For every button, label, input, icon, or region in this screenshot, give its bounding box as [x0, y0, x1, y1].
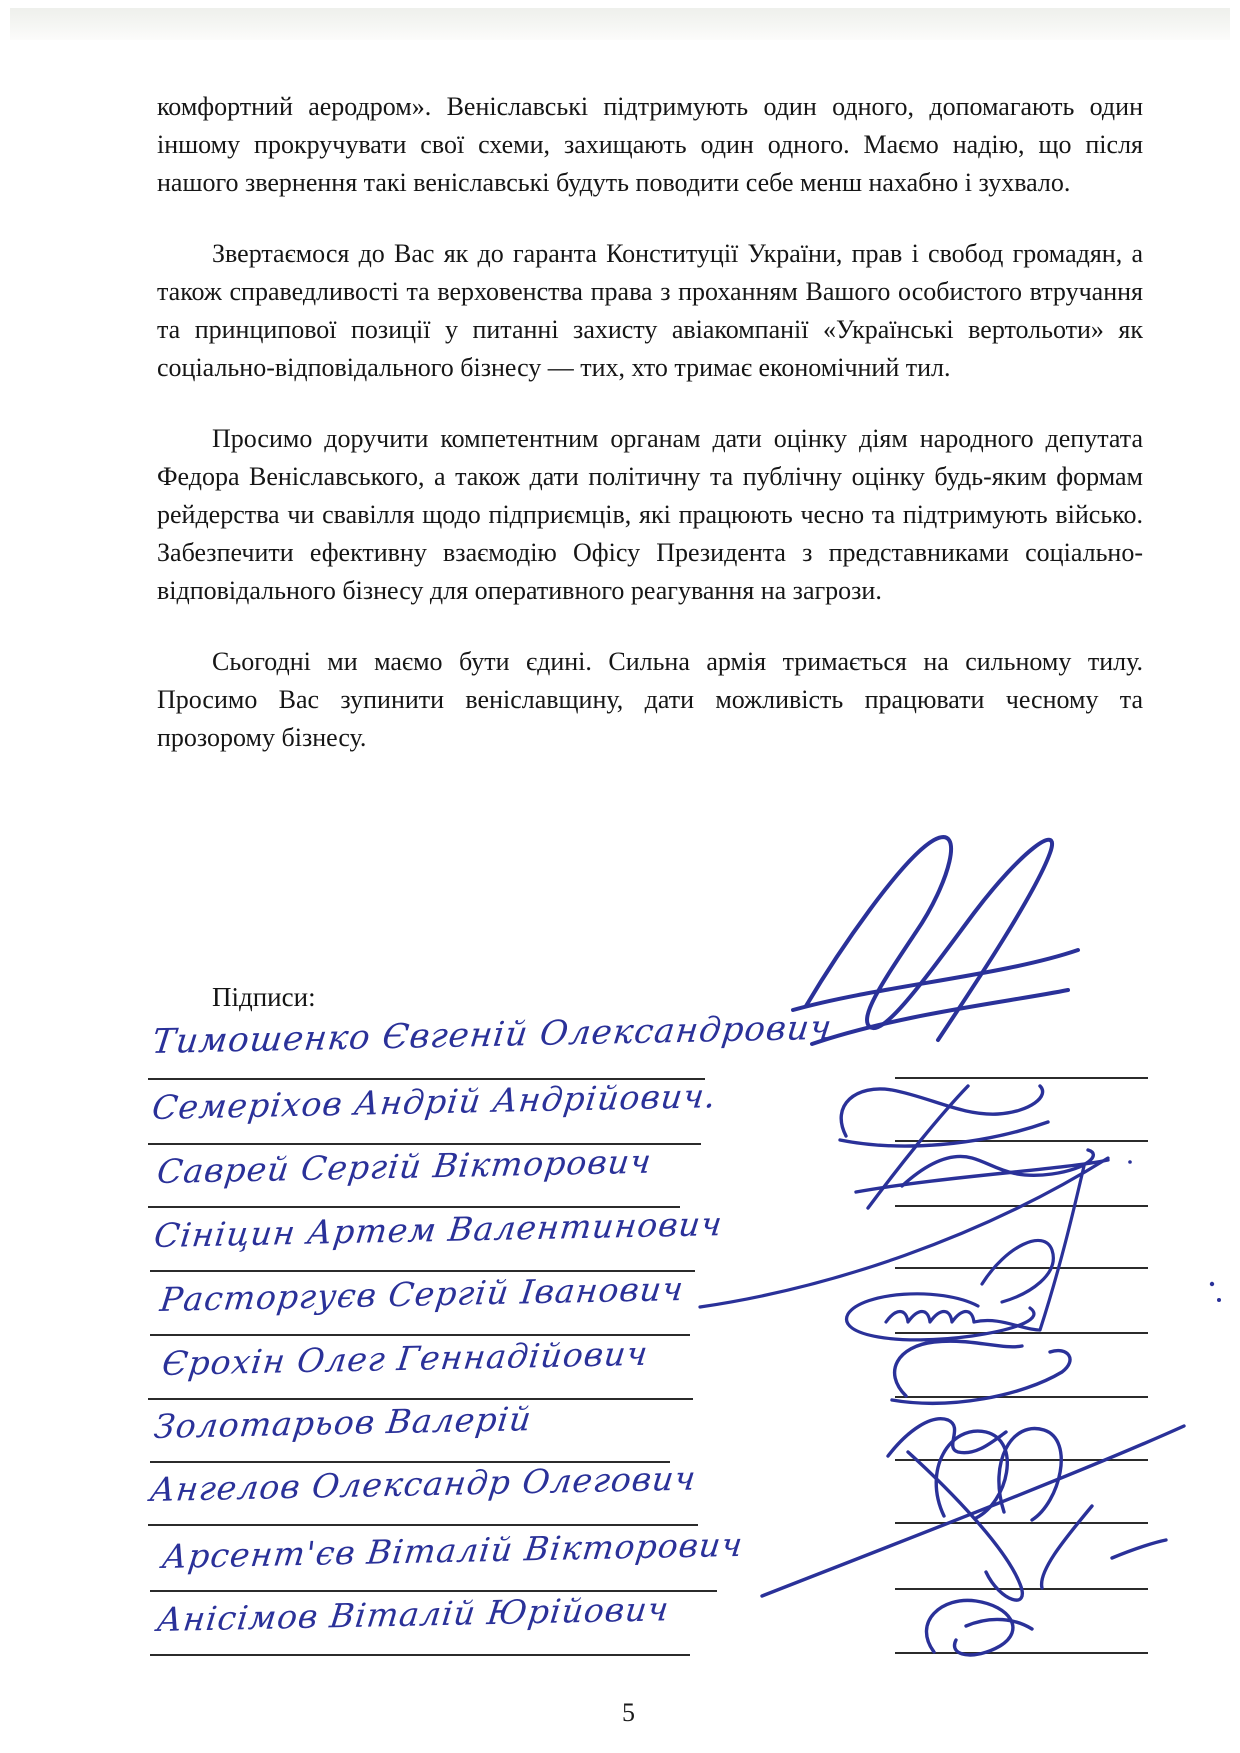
- signature-scribble: [762, 1426, 1184, 1596]
- signature-name: Арсент'єв Віталій Вікторович: [160, 1525, 745, 1576]
- signature-name: Тимошенко Євгеній Олександрович: [150, 1008, 835, 1062]
- paragraph-3: Просимо доручити компетентним органам да…: [157, 420, 1143, 610]
- signature-rule-right: [895, 1205, 1148, 1207]
- page-number: 5: [622, 1698, 635, 1728]
- signature-rule-right: [895, 1588, 1148, 1590]
- ink-dots: [1128, 1160, 1221, 1302]
- paragraph-1: комфортний аеродром». Веніславські підтр…: [157, 88, 1143, 202]
- signature-rule-right: [895, 1652, 1148, 1654]
- signature-scribble: [847, 1166, 1084, 1340]
- scanned-letter-page: комфортний аеродром». Веніславські підтр…: [0, 0, 1240, 1753]
- signature-rule-right: [895, 1140, 1148, 1142]
- signature-rule-left: [150, 1654, 690, 1656]
- signature-scribble: [892, 1341, 1070, 1403]
- signature-scribble: [856, 1086, 1108, 1208]
- signature-rule-left: [148, 1524, 698, 1526]
- signature-scribble: [908, 1452, 1166, 1600]
- signature-rule-right: [895, 1459, 1148, 1461]
- signature-rule-right: [895, 1077, 1148, 1079]
- signature-rule-right: [895, 1522, 1148, 1524]
- signature-rule-right: [895, 1396, 1148, 1398]
- signatures-heading: Підписи:: [212, 982, 316, 1013]
- signature-scribble: [793, 837, 1078, 1044]
- signature-name: Семеріхов Андрій Андрійович.: [150, 1076, 719, 1127]
- signature-rule-right: [895, 1332, 1148, 1334]
- signature-rule-right: [895, 1267, 1148, 1269]
- signature-scribble: [700, 1158, 1108, 1307]
- signature-name: Сініцин Артем Валентинович: [152, 1204, 725, 1255]
- signature-name: Расторгуєв Сергій Іванович: [158, 1269, 686, 1319]
- paragraph-2: Звертаємося до Вас як до гаранта Констит…: [157, 235, 1143, 387]
- signature-rule-left: [148, 1398, 693, 1400]
- signature-name: Єрохін Олег Геннадійович: [160, 1334, 650, 1383]
- signature-name: Анісімов Віталій Юрійович: [155, 1589, 672, 1639]
- signature-name: Саврей Сергій Вікторович: [155, 1142, 654, 1191]
- signature-scribble: [926, 1600, 1032, 1655]
- signature-scribble: [888, 1419, 1006, 1456]
- scan-edge-band: [10, 8, 1230, 40]
- paragraph-4: Сьогодні ми маємо бути єдині. Сильна арм…: [157, 643, 1143, 757]
- signature-name: Ангелов Олександр Олегович: [148, 1459, 699, 1509]
- signature-scribble: [840, 1086, 1048, 1146]
- signature-name: Золотарьов Валерій: [152, 1399, 534, 1446]
- letter-body: комфортний аеродром». Веніславські підтр…: [157, 88, 1143, 790]
